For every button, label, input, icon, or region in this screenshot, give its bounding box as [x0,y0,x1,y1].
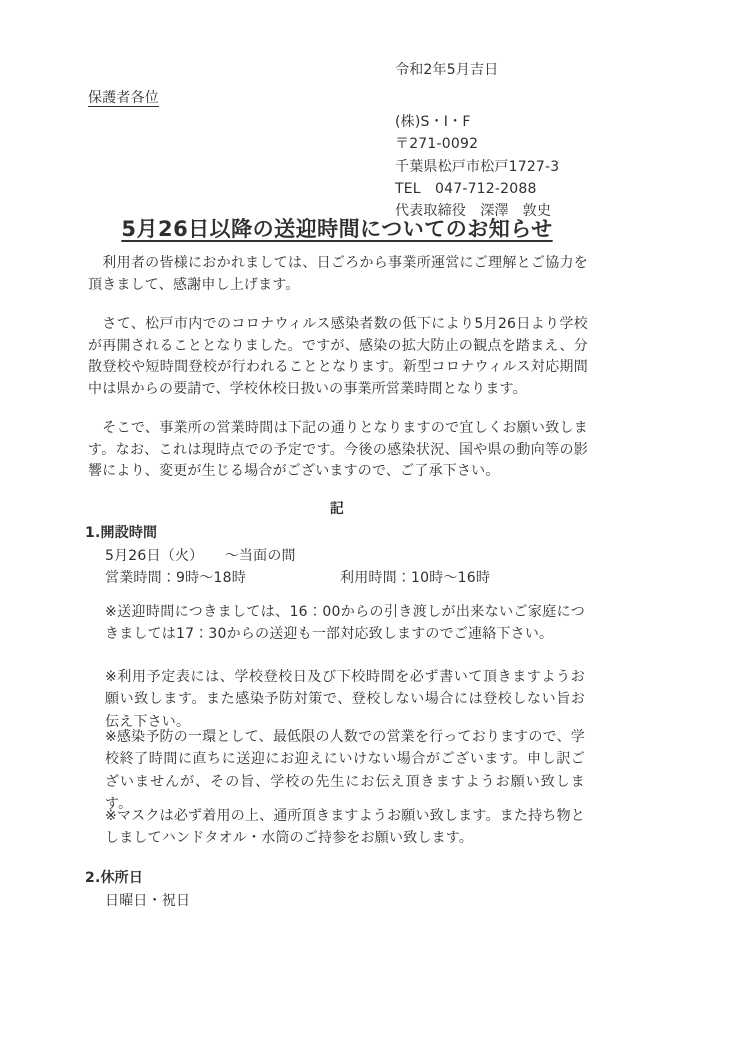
schedule-notice-paragraph: そこで、事業所の営業時間は下記の通りとなりますので宜しくお願い致します。なお、こ… [88,418,588,483]
letter-date: 令和2年5月吉日 [395,60,498,82]
note-schedule-sheet: ※利用予定表には、学校登校日及び下校時間を必ず書いて頂きますようお願い致します。… [105,666,585,733]
recipient: 保護者各位 [88,88,159,110]
note-minimal-staffing: ※感染予防の一環として、最低限の人数での営業を行っておりますので、学校終了時間に… [105,726,585,816]
note-pickup-time: ※送迎時間につきましては、16：00からの引き渡しが出来ないご家庭につきましては… [105,601,585,646]
usage-hours: 利用時間：10時〜16時 [340,570,490,586]
note-mask-belongings: ※マスクは必ず着用の上、通所頂きますようお願い致します。また持ち物としましてハン… [105,805,585,850]
record-marker: 記 [88,499,586,521]
sender-block: (株)S・I・F 〒271-0092 千葉県松戸市松戸1727-3 TEL 04… [395,111,559,222]
sender-postal-code: 〒271-0092 [395,133,559,155]
business-hours: 営業時間：9時〜18時 [105,568,340,590]
operation-period: 5月26日（火） 〜当面の間 [105,546,296,568]
letter-page: 令和2年5月吉日 保護者各位 (株)S・I・F 〒271-0092 千葉県松戸市… [0,0,750,1061]
section-hours-heading: 1.開設時間 [85,523,157,545]
notice-title-text: 5月26日以降の送迎時間についてのお知らせ [121,217,552,241]
hours-line: 営業時間：9時〜18時利用時間：10時〜16時 [105,568,490,590]
section-closed-heading: 2.休所日 [85,868,143,890]
greeting-paragraph: 利用者の皆様におかれましては、日ごろから事業所運営にご理解とご協力を頂きまして、… [88,253,588,296]
sender-company: (株)S・I・F [395,111,559,133]
sender-tel: TEL 047-712-2088 [395,178,559,200]
closed-days: 日曜日・祝日 [105,891,190,913]
notice-title: 5月26日以降の送迎時間についてのお知らせ [88,216,586,244]
school-reopen-paragraph: さて、松戸市内でのコロナウィルス感染者数の低下により5月26日より学校が再開され… [88,314,588,400]
sender-address: 千葉県松戸市松戸1727-3 [395,156,559,178]
